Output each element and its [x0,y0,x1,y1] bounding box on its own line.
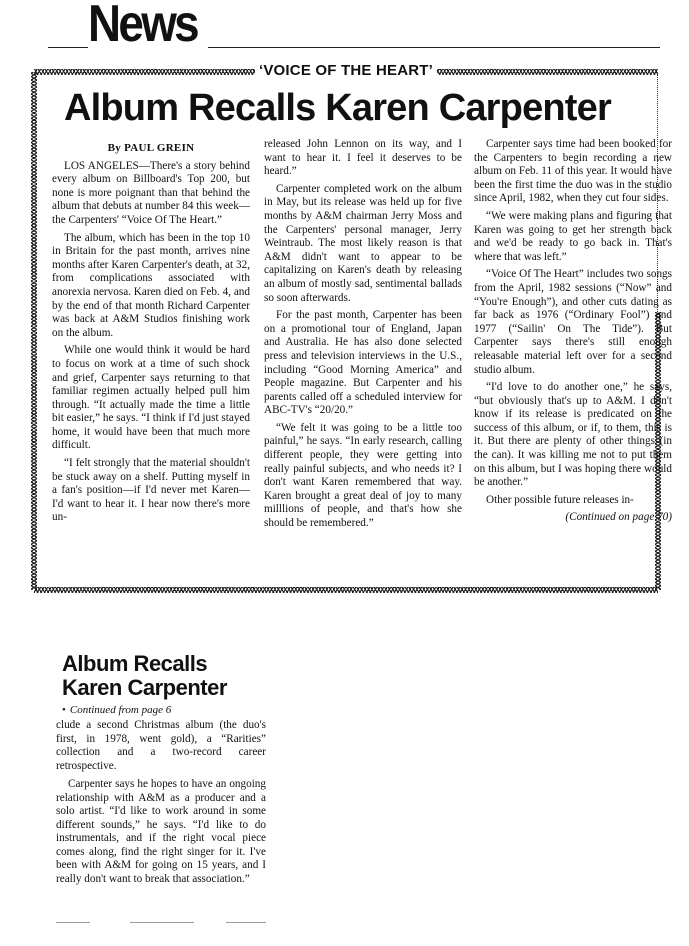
paragraph: Other possible future releases in- [474,494,672,508]
paragraph: clude a second Christmas album (the duo'… [56,719,266,773]
article-column-2: released John Lennon on its way, and I w… [264,138,462,535]
continuation-body: clude a second Christmas album (the duo'… [56,719,266,886]
continuation-title: Album Recalls Karen Carpenter [62,652,266,700]
paragraph: “I felt strongly that the material shoul… [52,457,250,525]
bullet-icon: • [62,704,66,716]
article-box: ‘VOICE OF THE HEART’ Album Recalls Karen… [34,72,658,590]
kicker: ‘VOICE OF THE HEART’ [34,62,658,80]
paragraph: “Voice Of The Heart” includes two songs … [474,268,672,377]
bottom-rule [56,922,90,923]
paragraph: While one would think it would be hard t… [52,344,250,453]
article-column-1: By PAUL GREIN LOS ANGELES—There's a stor… [52,142,250,529]
continuation-article: Album Recalls Karen Carpenter •Continued… [56,652,266,891]
paragraph: “We were making plans and figuring that … [474,210,672,264]
paragraph: Carpenter completed work on the album in… [264,183,462,305]
paragraph: “I'd love to do another one,” he says, “… [474,381,672,490]
byline: By PAUL GREIN [52,142,250,156]
section-header: News [48,0,660,50]
paragraph: The album, which has been in the top 10 … [52,232,250,341]
continued-from-text: Continued from page 6 [70,704,171,716]
paragraph: LOS ANGELES—There's a story behind every… [52,160,250,228]
paragraph: “We felt it was going to be a little too… [264,422,462,531]
continued-link[interactable]: (Continued on page 70) [474,511,672,525]
continuation-title-line-1: Album Recalls [62,652,266,676]
continued-from: •Continued from page 6 [62,704,266,716]
article-column-3: Carpenter says time had been booked for … [474,138,672,529]
paragraph: For the past month, Carpenter has been o… [264,309,462,418]
border-left [31,72,37,590]
paragraph: Carpenter says he hopes to have an ongoi… [56,778,266,886]
paragraph: released John Lennon on its way, and I w… [264,138,462,179]
paragraph: Carpenter says time had been booked for … [474,138,672,206]
bottom-rule [130,922,194,923]
border-bottom [34,587,658,593]
bottom-rule [226,922,266,923]
headline: Album Recalls Karen Carpenter [64,86,611,130]
section-label: News [88,0,197,52]
header-rule-right [208,47,660,48]
continuation-title-line-2: Karen Carpenter [62,676,266,700]
kicker-text: ‘VOICE OF THE HEART’ [255,62,437,79]
header-rule-left [48,47,88,48]
